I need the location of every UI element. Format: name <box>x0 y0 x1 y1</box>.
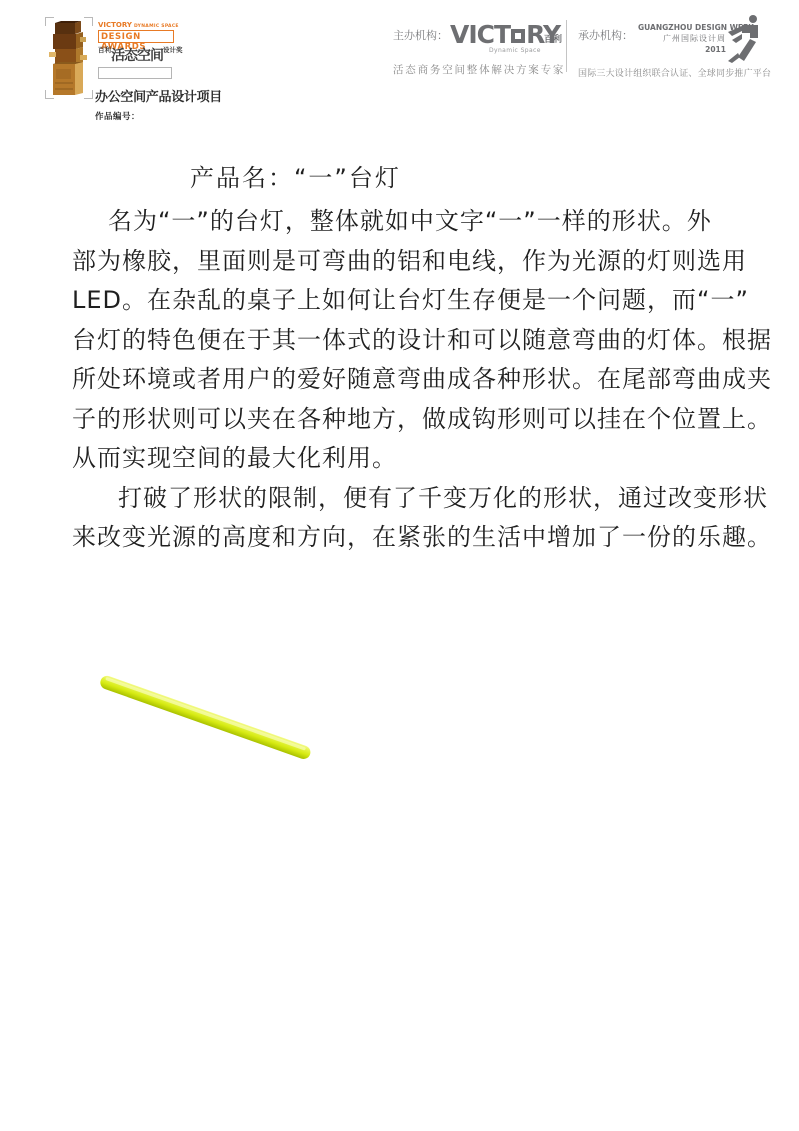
host-label: 主办机构： <box>393 27 448 43</box>
cropmark-icon <box>84 90 93 99</box>
product-name-title: 产品名：“一”台灯 <box>72 158 401 193</box>
cropmark-icon <box>45 90 54 99</box>
document-page: VICTORYDYNAMIC SPACE DESIGN AWARDS 百利活态空… <box>0 0 799 1131</box>
text-line: 名为“一”的台灯，整体就如中文字“一”一样的形状。外 <box>72 202 752 242</box>
victory-dynamic-space-wordmark: VICTORYDYNAMIC SPACE <box>98 21 188 29</box>
host-tagline: 活态商务空间整体解决方案专家 <box>393 62 565 77</box>
organizer-name-block: GUANGZHOU DESIGN WEEK 广州国际设计周 2011 <box>638 23 726 54</box>
dynamic-space-text: DYNAMIC SPACE <box>134 24 179 29</box>
square-o-icon <box>511 29 525 43</box>
organizer-name-en: GUANGZHOU DESIGN WEEK <box>638 23 726 32</box>
project-category-title: 办公空间产品设计项目 <box>95 86 222 105</box>
blank-field-box <box>98 67 172 79</box>
award-chinese-name: 百利活态空间设计奖 <box>98 45 188 63</box>
host-cn-name: 百利 <box>544 32 562 45</box>
organizer-year: 2011 <box>638 45 726 54</box>
text-line: 来改变光源的高度和方向，在紧张的生活中增加了一份的乐趣。 <box>72 518 752 558</box>
organizer-name-cn: 广州国际设计周 <box>638 33 726 44</box>
stacked-boxes-icon <box>47 19 91 97</box>
text-line: LED。在杂乱的桌子上如何让台灯生存便是一个问题，而“一” <box>72 281 752 321</box>
award-logo-block: VICTORYDYNAMIC SPACE DESIGN AWARDS 百利活态空… <box>98 21 188 79</box>
stacked-boxes-logo <box>47 19 91 97</box>
entry-number-label: 作品编号： <box>95 110 140 122</box>
text-line: 所处环境或者用户的爱好随意弯曲成各种形状。在尾部弯曲成夹 <box>72 360 752 400</box>
text-line: 子的形状则可以夹在各种地方，做成钩形则可以挂在个位置上。 <box>72 400 752 440</box>
design-awards-badge: DESIGN AWARDS <box>98 30 174 43</box>
text-line: 部为橡胶，里面则是可弯曲的铝和电线，作为光源的灯则选用 <box>72 242 752 282</box>
award-cn-prefix: 百利 <box>98 46 111 54</box>
text-line: 打破了形状的限制，便有了千变万化的形状，通过改变形状 <box>72 479 752 519</box>
guangzhou-design-week-logo-icon <box>727 13 765 63</box>
header-divider <box>566 20 567 72</box>
organizer-label: 承办机构： <box>578 27 633 43</box>
victory-text: VICTORY <box>98 21 132 29</box>
description-text: 名为“一”的台灯，整体就如中文字“一”一样的形状。外 部为橡胶，里面则是可弯曲的… <box>72 202 752 558</box>
award-cn-suffix: 设计奖 <box>163 46 183 54</box>
organizer-tagline: 国际三大设计组织联合认证、全球同步推广平台 <box>578 66 771 79</box>
text-line: 从而实现空间的最大化利用。 <box>72 439 752 479</box>
text-line: 台灯的特色便在于其一体式的设计和可以随意弯曲的灯体。根据 <box>72 321 752 361</box>
cropmark-icon <box>45 17 54 26</box>
host-sub-name: Dynamic Space <box>489 47 541 54</box>
product-photo-rod-lamp <box>92 658 332 768</box>
victory-logo-left: VICT <box>450 20 510 49</box>
cropmark-icon <box>84 17 93 26</box>
award-cn-main: 活态空间 <box>111 48 163 64</box>
